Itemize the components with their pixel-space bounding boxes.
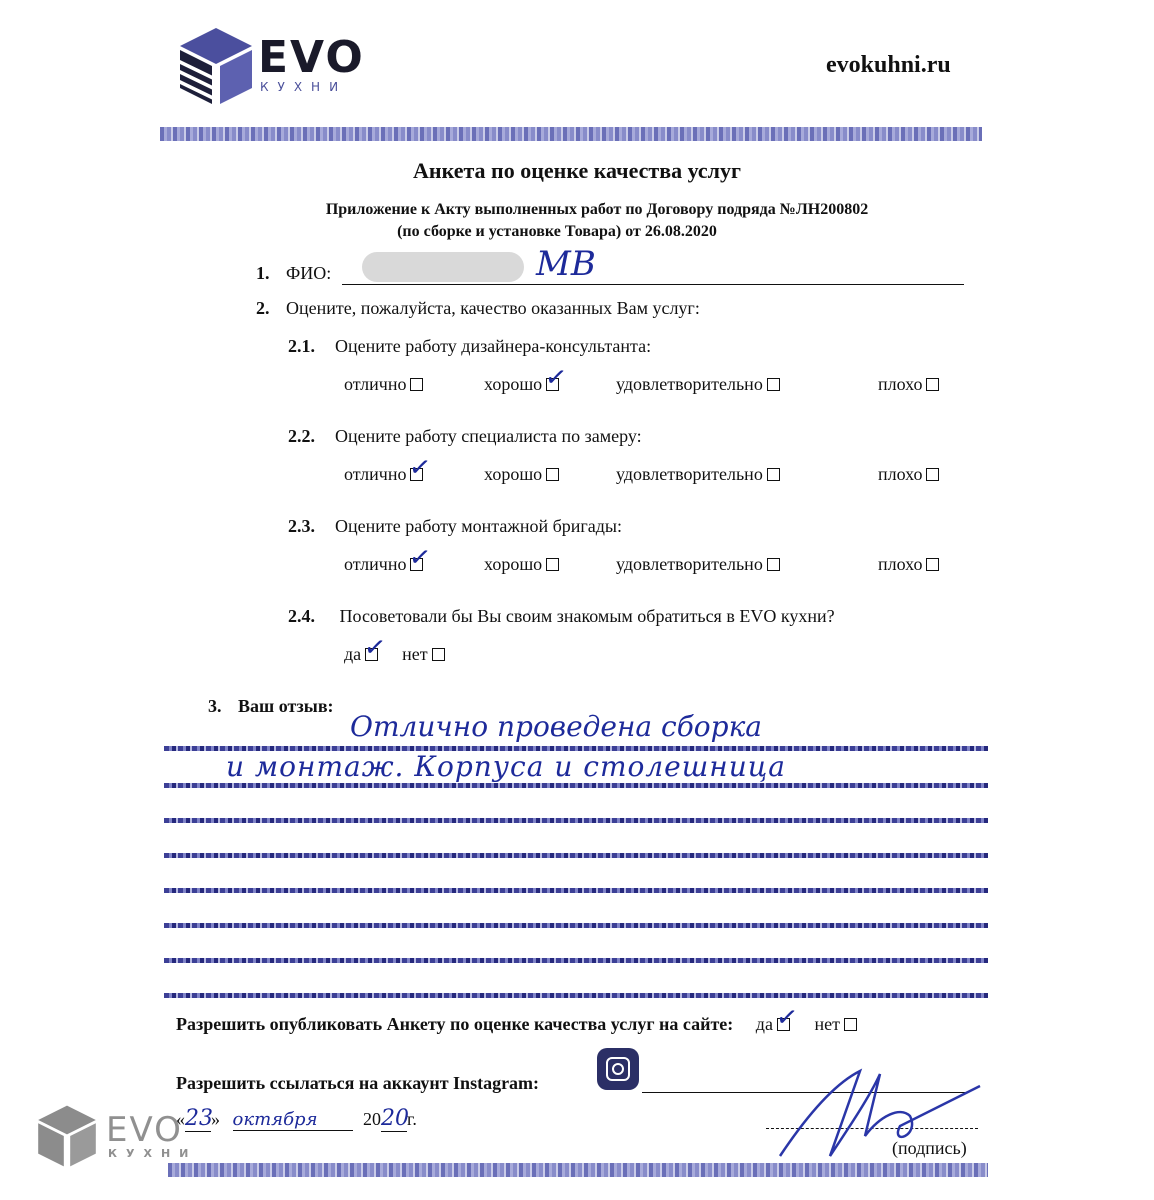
option-yes[interactable]: да [344, 644, 378, 665]
review-line [164, 818, 988, 823]
question-number: 2.3. [288, 516, 315, 536]
rating-option[interactable]: плохо [878, 374, 939, 395]
checkbox[interactable] [546, 468, 559, 481]
recommend-options: да нет [344, 644, 445, 665]
checkbox-checked[interactable] [365, 648, 378, 661]
question-label: ФИО: [286, 263, 331, 283]
site-url[interactable]: evokuhni.ru [826, 52, 951, 79]
checkbox[interactable] [546, 558, 559, 571]
logo-text: EVO [258, 32, 365, 83]
question-number: 3. [208, 696, 222, 716]
review-line [164, 923, 988, 928]
checkbox[interactable] [767, 378, 780, 391]
checkbox-checked[interactable] [410, 558, 423, 571]
redacted-name [362, 252, 524, 282]
checkbox[interactable] [926, 378, 939, 391]
header-divider [160, 127, 982, 141]
review-line [164, 888, 988, 893]
question-2: 2. Оцените, пожалуйста, качество оказанн… [256, 298, 700, 319]
rating-option[interactable]: удовлетворительно [616, 464, 780, 485]
watermark-subtitle: КУХНИ [108, 1147, 197, 1160]
publish-yes[interactable]: да [756, 1014, 790, 1035]
question-label: Оцените работу дизайнера-консультанта: [335, 336, 651, 356]
question-label: Посоветовали бы Вы своим знакомым обрати… [340, 606, 835, 626]
fio-handwritten: МВ [536, 244, 596, 284]
rating-option[interactable]: отлично [344, 554, 423, 575]
rating-option[interactable]: отлично [344, 464, 423, 485]
rating-option[interactable]: удовлетворительно [616, 554, 780, 575]
question-number: 2.2. [288, 426, 315, 446]
question-number: 1. [256, 263, 270, 283]
question-2-1: 2.1.Оцените работу дизайнера-консультант… [288, 336, 651, 357]
rating-option[interactable]: плохо [878, 464, 939, 485]
checkbox[interactable] [767, 468, 780, 481]
question-2-3: 2.3.Оцените работу монтажной бригады: [288, 516, 622, 537]
question-number: 2.4. [288, 606, 315, 626]
review-line [164, 958, 988, 963]
date-field: «23» октября 2020г. [176, 1106, 417, 1132]
question-number: 2. [256, 298, 270, 318]
rating-option[interactable]: хорошо [484, 374, 559, 395]
question-label: Ваш отзыв: [238, 696, 334, 716]
logo-subtitle: КУХНИ [260, 80, 347, 94]
rating-option[interactable]: отлично [344, 374, 423, 395]
checkbox-checked[interactable] [546, 378, 559, 391]
review-line [164, 746, 988, 751]
instagram-permission-label: Разрешить ссылаться на аккаунт Instagram… [176, 1073, 539, 1094]
question-label: Оцените работу специалиста по замеру: [335, 426, 642, 446]
review-line-1: Отлично проведена сборка [350, 710, 762, 743]
checkbox[interactable] [926, 558, 939, 571]
option-no[interactable]: нет [402, 644, 445, 665]
review-line-2: и монтаж. Корпуса и столешница [226, 750, 786, 783]
checkbox[interactable] [926, 468, 939, 481]
checkbox[interactable] [767, 558, 780, 571]
checkbox[interactable] [410, 378, 423, 391]
rating-option[interactable]: плохо [878, 554, 939, 575]
date-month[interactable]: октября [233, 1109, 353, 1131]
checkbox[interactable] [844, 1018, 857, 1031]
instagram-icon [597, 1048, 639, 1090]
question-2-4: 2.4. Посоветовали бы Вы своим знакомым о… [288, 606, 835, 627]
signature-caption: (подпись) [892, 1138, 967, 1159]
review-line [164, 783, 988, 788]
question-number: 2.1. [288, 336, 315, 356]
publish-label: Разрешить опубликовать Анкету по оценке … [176, 1014, 733, 1034]
rating-option[interactable]: удовлетворительно [616, 374, 780, 395]
review-line [164, 853, 988, 858]
page-title: Анкета по оценке качества услуг [0, 158, 1154, 184]
page-subtitle: Приложение к Акту выполненных работ по Д… [0, 199, 1154, 243]
subtitle-line-2: (по сборке и установке Товара) от 26.08.… [0, 221, 1154, 243]
date-day[interactable]: 23 [185, 1106, 211, 1132]
question-1: 1. ФИО: [256, 263, 331, 284]
evo-logo-icon [176, 26, 256, 106]
question-label: Оцените, пожалуйста, качество оказанных … [286, 298, 700, 318]
question-3: 3. Ваш отзыв: [208, 696, 334, 717]
date-year[interactable]: 20 [381, 1106, 407, 1132]
watermark-text: EVO [106, 1110, 183, 1150]
checkbox-checked[interactable] [777, 1018, 790, 1031]
question-2-2: 2.2.Оцените работу специалиста по замеру… [288, 426, 642, 447]
rating-option[interactable]: хорошо [484, 554, 559, 575]
review-line [164, 993, 988, 998]
checkbox-checked[interactable] [410, 468, 423, 481]
footer-divider [168, 1163, 988, 1177]
fio-field[interactable] [342, 284, 964, 285]
question-label: Оцените работу монтажной бригады: [335, 516, 622, 536]
watermark-logo-icon [34, 1104, 100, 1168]
subtitle-line-1: Приложение к Акту выполненных работ по Д… [0, 199, 1154, 221]
rating-option[interactable]: хорошо [484, 464, 559, 485]
checkbox[interactable] [432, 648, 445, 661]
publish-no[interactable]: нет [814, 1014, 857, 1035]
publish-permission: Разрешить опубликовать Анкету по оценке … [176, 1014, 857, 1035]
